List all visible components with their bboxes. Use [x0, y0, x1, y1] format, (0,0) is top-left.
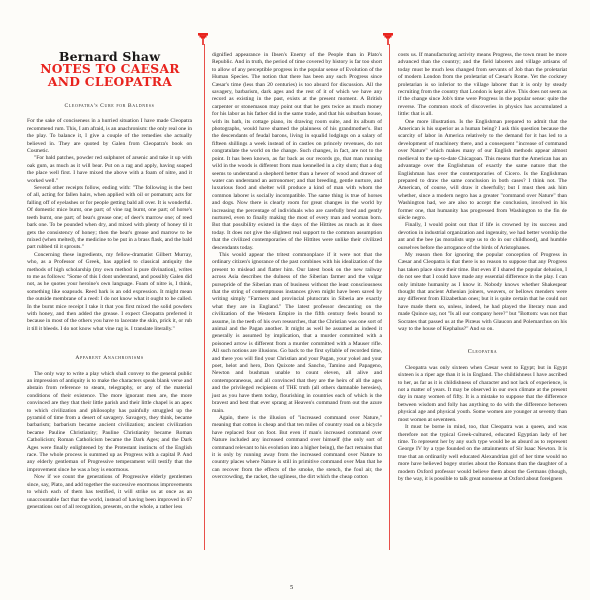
paragraph: Several other receipts follow, ending wi…	[27, 185, 192, 252]
paragraph: costs us. If manufacturing activity mean…	[398, 52, 567, 119]
left-column-rule	[204, 44, 205, 550]
section-heading-anachronisms: Apparent Anachronisms	[27, 355, 192, 362]
red-ornament-icon	[198, 33, 208, 45]
paragraph: For the sake of conciseness in a hurried…	[27, 118, 192, 155]
middle-column: dignified appearance in Ibsen's Enemy of…	[212, 52, 382, 482]
paragraph: My reason then for ignoring the popular …	[398, 252, 567, 333]
title-line-2: AND CLEOPATRA	[22, 75, 198, 88]
section-heading-cleopatra: Cleopatra	[398, 349, 567, 356]
paragraph: This would appear the tritest commonplac…	[212, 252, 382, 415]
paragraph: The only way to write a play which shall…	[27, 371, 192, 475]
document-page: Bernard Shaw NOTES TO CAESAR AND CLEOPAT…	[0, 0, 590, 600]
paragraph: Concerning these ingredients, my fellow-…	[27, 252, 192, 333]
paragraph: Finally, I would point out that if life …	[398, 222, 567, 252]
paragraph: It must be borne in mind, too, that Cleo…	[398, 424, 567, 483]
page-number: 5	[290, 584, 293, 591]
paragraph: Again, there is the illusion of "increas…	[212, 415, 382, 482]
paragraph: "For bald patches, powder red sulphuret …	[27, 155, 192, 185]
left-column: Cleopatra's Cure for Baldness For the sa…	[27, 103, 192, 511]
paragraph: dignified appearance in Ibsen's Enemy of…	[212, 52, 382, 252]
paragraph: Now if we count the generations of Progr…	[27, 474, 192, 511]
document-title: NOTES TO CAESAR AND CLEOPATRA	[22, 62, 198, 88]
right-column: costs us. If manufacturing activity mean…	[398, 52, 567, 483]
section-heading-cure: Cleopatra's Cure for Baldness	[27, 103, 192, 110]
paragraph: One more illustration. Is the Englishman…	[398, 119, 567, 223]
right-column-rule	[389, 44, 390, 550]
red-ornament-icon	[383, 33, 393, 45]
paragraph: Cleopatra was only sixteen when Cæsar we…	[398, 365, 567, 424]
